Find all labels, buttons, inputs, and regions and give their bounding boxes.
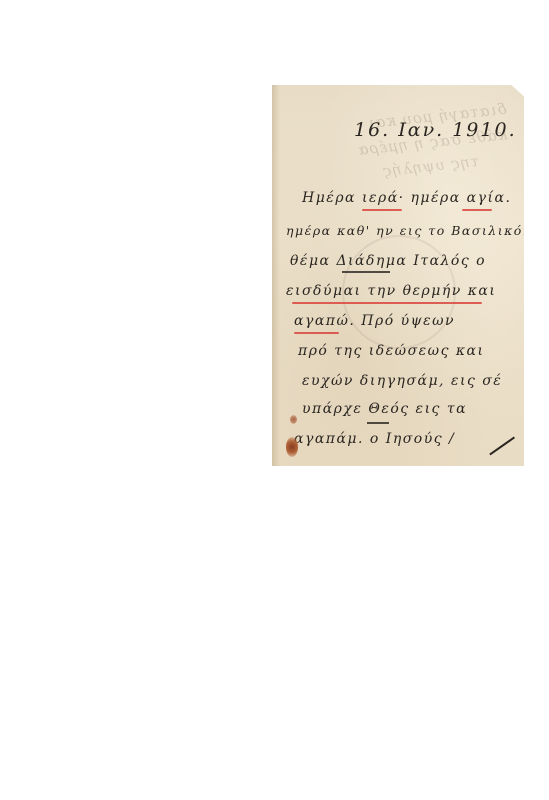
red-underline-mark	[462, 209, 492, 211]
closing-flourish	[489, 437, 514, 455]
letter-line-5: αγαπώ. Πρό ύψεων	[294, 313, 455, 329]
black-underline-mark	[367, 422, 389, 424]
rust-stain	[290, 415, 297, 424]
letter-paper: διαταγή μου και κάθε σας η ημέρα της υψη…	[272, 85, 524, 466]
letter-line-7: ευχών διηγησάμ, εις σέ	[302, 373, 502, 389]
bleed-through-text: της υψηλής	[381, 152, 480, 180]
letter-line-3: θέμα Διάδημα Ιταλός ο	[290, 253, 486, 269]
red-underline-mark	[362, 209, 402, 211]
letter-line-8: υπάρχε Θεός εις τα	[302, 401, 467, 417]
red-underline-mark	[294, 332, 339, 334]
letter-date: 16. Ιαν. 1910.	[354, 119, 517, 141]
letter-line-2: ημέρα καθ' ην εις το Βασιλικόν	[286, 223, 524, 238]
black-underline-mark	[342, 271, 390, 273]
letter-line-6: πρό της ιδεώσεως και	[298, 343, 484, 359]
letter-line-4: εισδύμαι την θερμήν και	[286, 283, 496, 299]
red-underline-mark	[292, 302, 482, 304]
letter-line-1: Ημέρα ιερά· ημέρα αγία.	[302, 190, 511, 206]
page-background: διαταγή μου και κάθε σας η ημέρα της υψη…	[0, 0, 549, 800]
rust-stain	[286, 437, 298, 457]
letter-line-9: αγαπάμ. ο Ιησούς /	[294, 431, 455, 447]
